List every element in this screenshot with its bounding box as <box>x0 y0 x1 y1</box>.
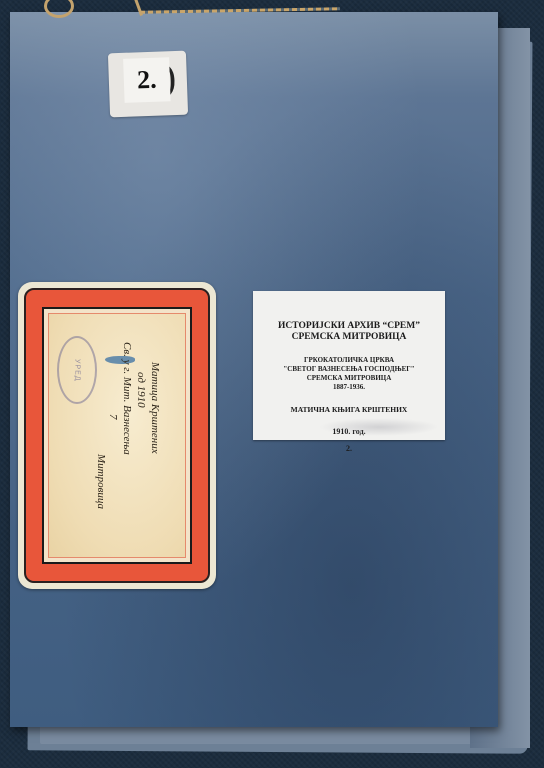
handwriting-line: Митровица <box>95 454 107 509</box>
old-handwritten-label: УРЕД Матица Крштених од 1910 Св. у г. Ми… <box>18 282 216 589</box>
label-smudge <box>319 418 439 436</box>
church-city: СРЕМСКА МИТРОВИЦА <box>253 374 445 382</box>
oval-stamp: УРЕД <box>57 336 97 404</box>
institution-name: ИСТОРИЈСКИ АРХИВ “СРЕМ” <box>253 321 445 331</box>
archive-label: ИСТОРИЈСКИ АРХИВ “СРЕМ” СРЕМСКА МИТРОВИЦ… <box>253 291 445 440</box>
number-tag: ) 2. <box>108 51 188 118</box>
label-black-frame: УРЕД Матица Крштених од 1910 Св. у г. Ми… <box>42 307 192 564</box>
volume-number: 2. <box>253 444 445 453</box>
institution-city: СРЕМСКА МИТРОВИЦА <box>253 332 445 342</box>
handwriting-line: 7 <box>107 414 119 420</box>
handwriting-line: Св. у г. Мит. Вазнесења <box>121 342 133 455</box>
label-red-frame: УРЕД Матица Крштених од 1910 Св. у г. Ми… <box>24 288 210 583</box>
church-type: ГРКОКАТОЛИЧКА ЦРКВА <box>253 356 445 364</box>
church-name: "СВЕТОГ ВАЗНЕСЕЊА ГОСПОДЊЕГ" <box>253 365 445 373</box>
year-range: 1887-1936. <box>253 383 445 391</box>
book-title: МАТИЧНА КЊИГА КРШТЕНИХ <box>253 405 445 414</box>
folder-number: 2. <box>123 57 171 103</box>
handwriting-line: Матица Крштених <box>149 362 161 454</box>
handwriting-line: од 1910 <box>135 372 147 408</box>
label-paper: УРЕД Матица Крштених од 1910 Св. у г. Ми… <box>48 313 186 558</box>
